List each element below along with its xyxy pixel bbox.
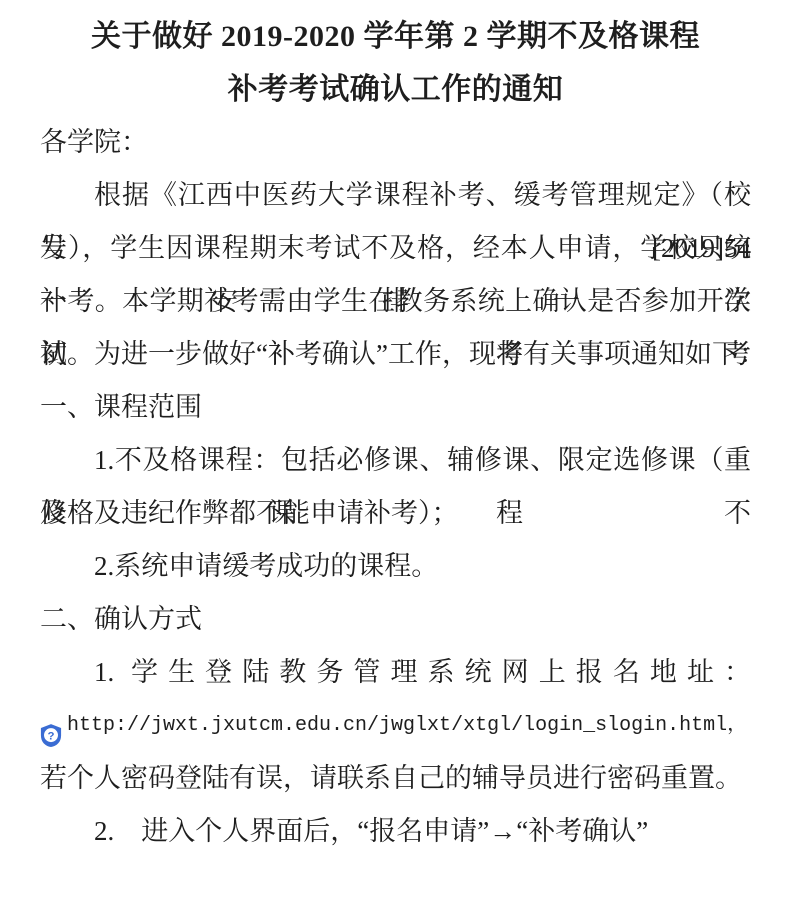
intro-paragraph-line-1: 根据《江西中医药大学课程补考、缓考管理规定》（校发[2019]54 [40,169,751,222]
section-2-heading: 二、确认方式 [40,593,751,646]
intro-paragraph-line-2: 号），学生因课程期末考试不及格，经本人申请，学校只统一安排一次 [40,222,751,275]
registration-url-line: ? http://jwxt.jxutcm.edu.cn/jwglxt/xtgl/… [40,699,751,752]
section-1-item-2: 2.系统申请缓考成功的课程。 [40,540,751,593]
document-title-line-2: 补考考试确认工作的通知 [40,63,751,116]
registration-url-link[interactable]: http://jwxt.jxutcm.edu.cn/jwglxt/xtgl/lo… [67,699,747,752]
section-1-item-1-line-1: 1.不及格课程：包括必修课、辅修课、限定选修课（重修课程不 [40,434,751,487]
svg-text:?: ? [48,730,55,742]
document-title-line-1: 关于做好 2019-2020 学年第 2 学期不及格课程 [40,10,751,63]
intro-paragraph-line-4: 试。为进一步做好“补考确认”工作，现将有关事项通知如下： [40,328,751,381]
section-2-item-1: 1. 学生登陆教务管理系统网上报名地址： [40,646,751,699]
section-2-item-2: 2. 进入个人界面后，“报名申请”→“补考确认” [40,805,751,858]
intro-paragraph-line-3: 补考。本学期补考需由学生在教务系统上确认是否参加开学初补考考 [40,275,751,328]
salutation: 各学院： [40,116,751,169]
shield-question-icon: ? [40,713,62,738]
password-reset-note: 若个人密码登陆有误，请联系自己的辅导员进行密码重置。 [40,752,751,805]
section-1-heading: 一、课程范围 [40,381,751,434]
notice-document: 关于做好 2019-2020 学年第 2 学期不及格课程 补考考试确认工作的通知… [0,0,789,898]
